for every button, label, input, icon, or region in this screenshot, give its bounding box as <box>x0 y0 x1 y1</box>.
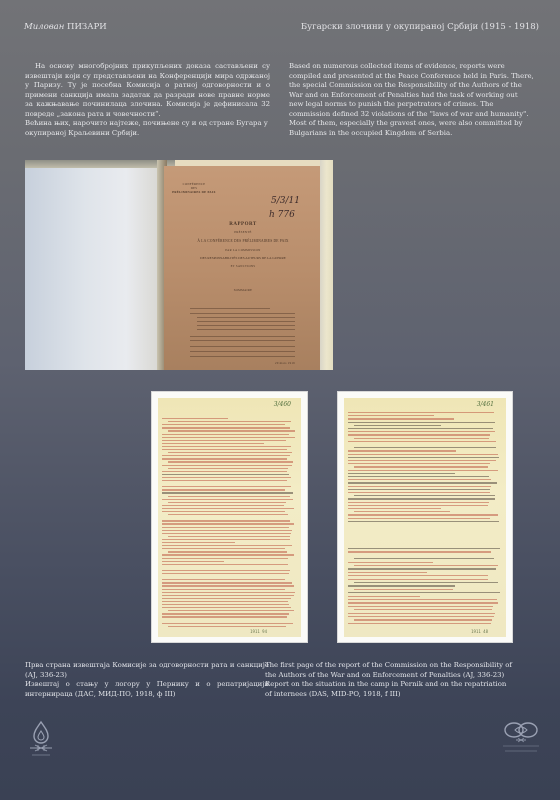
author-last-name: ПИЗАРИ <box>67 22 107 32</box>
report-line-3: DES RESPONSABILITÉS DES AUTEURS DE LA GU… <box>164 256 322 260</box>
typed-line <box>348 460 496 461</box>
typed-line <box>162 446 291 447</box>
typed-line <box>162 523 294 524</box>
typed-line <box>162 592 295 593</box>
typed-line <box>354 558 494 559</box>
typed-line <box>348 616 494 617</box>
typed-line <box>162 471 287 472</box>
toc-line <box>197 321 295 322</box>
typed-line <box>348 418 454 419</box>
typed-line <box>162 561 224 562</box>
typed-line <box>168 496 290 497</box>
typed-line <box>162 527 289 528</box>
typed-line <box>348 551 491 552</box>
typed-line <box>348 602 498 603</box>
page-footer-number: 1911 94 <box>250 629 267 634</box>
typed-line <box>162 589 285 590</box>
running-title: Бугарски злочини у окупираној Србији (19… <box>301 22 539 32</box>
typed-line <box>162 489 285 490</box>
report-line-2: PAR LA COMMISSION <box>164 248 322 252</box>
intro-serbian-p1: На основу многобројних прикупљених доказ… <box>25 62 270 119</box>
typed-line <box>348 521 499 522</box>
caption-serbian: Прва страна извештаја Комисије за одгово… <box>25 661 269 699</box>
typed-line <box>348 463 490 464</box>
typed-line <box>348 606 493 607</box>
typed-line <box>162 508 294 509</box>
typed-line <box>162 573 289 574</box>
typed-line <box>348 422 495 423</box>
typed-line <box>168 502 286 503</box>
author-first-name: Милован <box>24 22 64 32</box>
typed-line <box>162 533 291 534</box>
typed-line <box>348 562 433 563</box>
toc-line <box>190 351 295 352</box>
typed-line <box>348 572 427 573</box>
typed-line <box>348 508 441 509</box>
typed-line <box>348 441 496 442</box>
toc-line <box>190 313 295 314</box>
typed-line <box>162 595 294 596</box>
photo-report-folder: CONFÉRENCE DES PRÉLIMINAIRES DE PAIX RAP… <box>25 160 333 370</box>
typed-line <box>348 434 490 435</box>
typed-line <box>162 542 235 543</box>
handwritten-note-1: 5/3/11 <box>271 196 300 206</box>
typed-line <box>354 589 453 590</box>
report-presented: PRÉSENTÉ <box>164 230 322 234</box>
typed-line <box>348 457 499 458</box>
typed-line <box>162 598 291 599</box>
toc-line <box>190 356 295 357</box>
caption-serbian-1: Прва страна извештаја Комисије за одгово… <box>25 661 269 680</box>
typed-line <box>162 607 291 608</box>
toc-line <box>190 346 295 347</box>
typed-line <box>162 424 285 425</box>
typewritten-page: 3/461 1911 48 <box>344 398 506 637</box>
photo-typewritten-page-1: 3/460 1911 94 <box>151 391 308 643</box>
typed-line <box>354 582 498 583</box>
typed-line <box>162 455 290 456</box>
typed-line <box>348 450 456 451</box>
typed-line <box>348 476 489 477</box>
folder-inner-page <box>25 168 160 370</box>
typed-line <box>348 592 500 593</box>
typed-line <box>168 452 292 453</box>
toc-line <box>190 336 295 337</box>
typed-line <box>354 466 488 467</box>
typed-line <box>162 530 292 531</box>
typed-line <box>162 585 294 586</box>
typed-line <box>348 454 498 455</box>
typed-line <box>162 554 294 555</box>
typed-line <box>162 579 285 580</box>
typed-line <box>354 425 441 426</box>
typed-line <box>348 548 500 549</box>
typed-line <box>162 486 291 487</box>
typed-line <box>162 511 285 512</box>
handwritten-note-2: h 776 <box>269 210 295 220</box>
report-title: RAPPORT <box>164 222 322 227</box>
typed-line <box>348 489 490 490</box>
typed-line <box>168 468 288 469</box>
typed-line <box>348 473 455 474</box>
typed-line <box>162 558 288 559</box>
typed-line <box>348 428 493 429</box>
archive-stamp: 3/461 <box>477 401 494 408</box>
photo-typewritten-page-2: 3/461 1911 48 <box>337 391 513 643</box>
page-footer-number: 1911 48 <box>471 629 488 634</box>
typed-line <box>162 499 293 500</box>
typed-line <box>354 438 489 439</box>
typed-line <box>348 613 495 614</box>
caption-english-2: Report on the situation in the camp in P… <box>265 680 515 699</box>
typed-line <box>162 613 289 614</box>
flame-barbed-wire-logo-icon <box>27 720 55 758</box>
typed-line <box>162 449 287 450</box>
typed-line <box>162 616 287 617</box>
report-date: 29 mars 1919 <box>255 361 315 365</box>
typed-line <box>168 461 293 462</box>
typed-line <box>162 492 293 493</box>
typed-line <box>354 619 492 620</box>
typewritten-page: 3/460 1911 94 <box>158 398 301 637</box>
typed-line <box>162 548 285 549</box>
typed-line <box>162 418 228 419</box>
caption-english-1: The first page of the report of the Comm… <box>265 661 515 680</box>
report-line-4: ET SANCTIONS <box>164 264 322 268</box>
typed-line <box>348 575 488 576</box>
caption-serbian-2: Извештај о стању у логору у Пернику и о … <box>25 680 269 699</box>
typed-line <box>162 480 287 481</box>
typed-line <box>348 498 495 499</box>
typed-line <box>162 443 264 444</box>
typed-line <box>162 474 289 475</box>
typed-line <box>168 626 286 627</box>
typed-line <box>348 502 489 503</box>
typed-line <box>348 599 497 600</box>
typed-line <box>348 412 494 413</box>
author-name: Милован ПИЗАРИ <box>24 22 107 32</box>
typed-line <box>162 427 290 428</box>
typed-line <box>162 604 289 605</box>
typed-line <box>348 518 490 519</box>
typed-line <box>348 514 498 515</box>
typed-line <box>354 609 492 610</box>
toc-line <box>190 340 295 341</box>
typed-line <box>168 551 287 552</box>
typed-line <box>348 415 434 416</box>
toc-line <box>197 329 295 330</box>
typed-line <box>348 585 455 586</box>
typed-line <box>348 568 496 569</box>
typed-line <box>162 570 290 571</box>
typed-line <box>354 447 496 448</box>
typed-line <box>168 536 290 537</box>
caption-english: The first page of the report of the Comm… <box>265 661 515 699</box>
typed-line <box>162 505 284 506</box>
toc-line <box>197 325 295 326</box>
typed-line <box>162 458 287 459</box>
intro-serbian: На основу многобројних прикупљених доказ… <box>25 62 270 138</box>
typed-line <box>162 545 292 546</box>
typed-line <box>162 520 290 521</box>
typed-line <box>348 505 488 506</box>
intro-serbian-p2: Већина њих, нарочито најтеже, почињене с… <box>25 119 270 138</box>
typed-line <box>162 564 288 565</box>
typed-line <box>354 511 450 512</box>
typed-line <box>162 465 292 466</box>
typed-line <box>348 431 495 432</box>
typed-line <box>168 610 294 611</box>
typed-line <box>162 601 288 602</box>
typed-line <box>162 539 290 540</box>
typed-line <box>354 565 498 566</box>
typed-line <box>162 440 286 441</box>
typed-line <box>348 623 491 624</box>
toc-line <box>190 308 270 309</box>
typed-line <box>162 477 291 478</box>
typed-line <box>348 479 491 480</box>
archive-stamp: 3/460 <box>274 401 291 408</box>
typed-line <box>348 482 497 483</box>
report-header-3: PRÉLIMINAIRES DE PAIX <box>164 190 224 194</box>
typed-line <box>168 430 295 431</box>
typed-line <box>348 486 491 487</box>
typed-line <box>162 434 289 435</box>
typed-line <box>162 582 292 583</box>
typed-line <box>162 437 295 438</box>
typed-line <box>168 421 291 422</box>
typed-line <box>348 579 488 580</box>
typed-line <box>354 495 495 496</box>
typed-line <box>348 596 420 597</box>
typed-line <box>348 470 498 471</box>
toc-line <box>197 317 295 318</box>
typed-line <box>162 623 293 624</box>
typed-line <box>348 492 490 493</box>
typed-line <box>168 514 288 515</box>
intro-english: Based on numerous collected items of evi… <box>289 62 534 138</box>
report-contents: SOMMAIRE <box>164 288 322 292</box>
report-line-1: À LA CONFÉRENCE DES PRÉLIMINAIRES DE PAI… <box>164 239 322 243</box>
knot-emblem-logo-icon <box>495 720 547 756</box>
